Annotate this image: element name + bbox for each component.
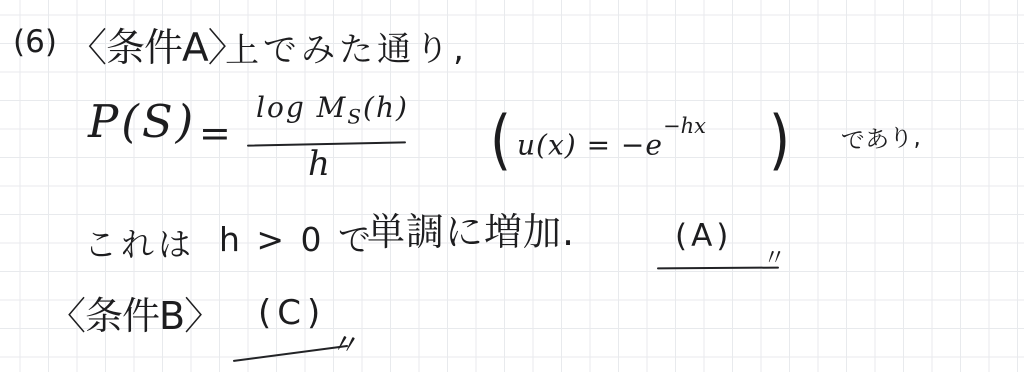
formula-lhs: P(S) <box>88 99 196 144</box>
answer-a-label: (A) <box>675 221 732 252</box>
aside-close-paren: ) <box>769 108 790 173</box>
monotone-condition: h > 0 で <box>219 223 374 256</box>
answer-a-underline <box>657 267 779 270</box>
problem-label: (6) <box>13 27 57 58</box>
condition-b-heading: 〈条件B〉 <box>48 297 221 335</box>
answer-c-label: (C) <box>258 296 326 330</box>
numerator-post: (h) <box>363 91 409 124</box>
condition-a-heading: 〈条件A〉 <box>68 29 246 68</box>
aside-expression: u(x) = −e−hx <box>517 127 706 159</box>
fraction-denominator: h <box>308 147 330 181</box>
equals-sign: = <box>199 114 231 152</box>
ditto-mark-c: 〃 <box>329 329 363 363</box>
aside-exponent: −hx <box>663 114 706 138</box>
monotone-lead: これは <box>84 228 195 261</box>
fraction-numerator: log MS(h) <box>256 94 409 127</box>
numerator-pre: log M <box>256 91 347 124</box>
numerator-subscript: S <box>347 105 363 129</box>
condition-a-remark: 上でみた通り, <box>225 32 468 68</box>
aside-suffix: であり, <box>840 125 921 153</box>
monotone-statement: 単調に増加. <box>367 213 575 251</box>
notebook-grid-page: (6) 〈条件A〉 上でみた通り, P(S) = log MS(h) h ( u… <box>0 0 1024 372</box>
aside-body: u(x) = −e <box>517 128 663 161</box>
aside-open-paren: ( <box>490 108 511 173</box>
ditto-mark-a: 〃 <box>763 247 786 270</box>
